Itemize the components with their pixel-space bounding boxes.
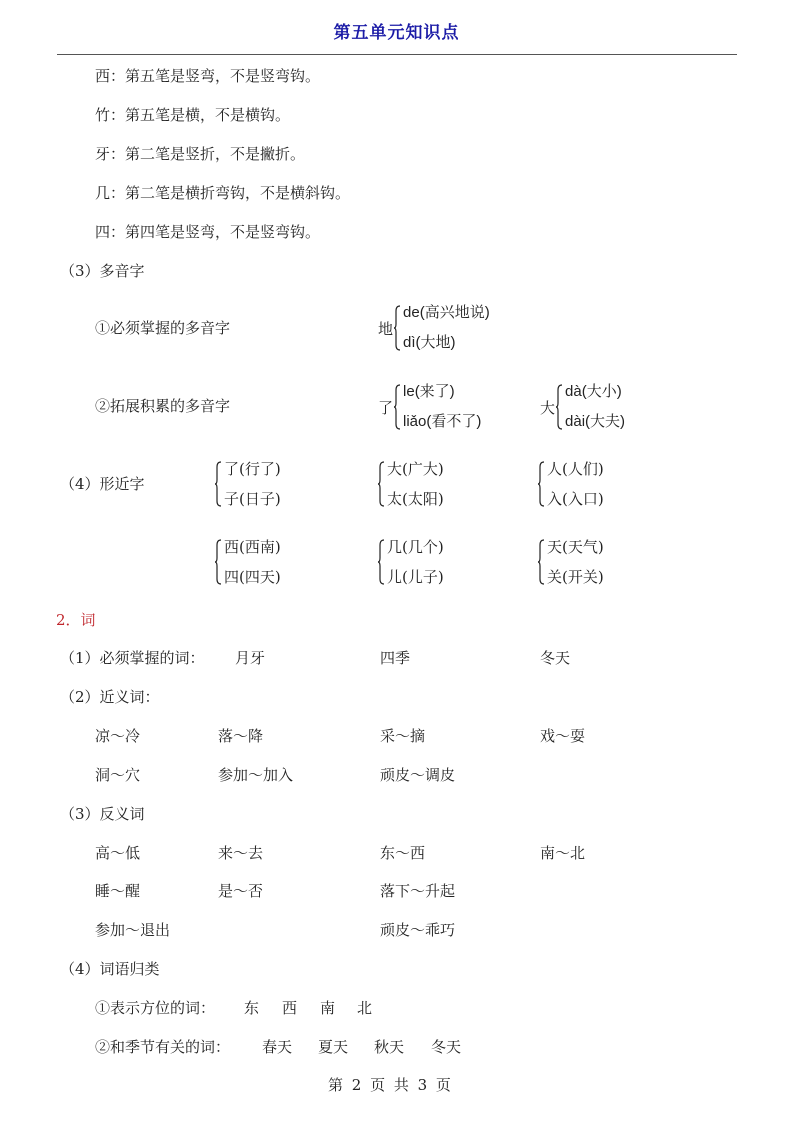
polyphonic-char: 地 (378, 318, 393, 339)
direction-words-label: ①表示方位的词： (95, 998, 215, 1018)
polyphonic-extend-label: ②拓展积累的多音字 (95, 396, 230, 416)
synonym-pair: 落～降 (218, 726, 263, 746)
antonym-pair: 参加～退出 (95, 920, 170, 940)
polyphonic-reading: dà(大小) (565, 382, 625, 402)
antonym-pair: 南～北 (540, 843, 585, 863)
polyphonic-reading: liǎo(看不了) (403, 412, 481, 432)
similar-char-group: 了(行了) 子(日子) (215, 459, 281, 509)
stroke-note: 几：第二笔是横折弯钩，不是横斜钩。 (95, 183, 350, 203)
similar-char-group: 几(几个) 儿(儿子) (378, 537, 444, 587)
synonym-pair: 戏～耍 (540, 726, 585, 746)
must-word: 四季 (380, 648, 410, 668)
polyphonic-group: 了 le(来了) liǎo(看不了) (378, 382, 481, 432)
similar-char-group: 天(天气) 关(开关) (538, 537, 604, 587)
polyphonic-group: 地 de(高兴地说) dì(大地) (378, 303, 490, 353)
similar-char: 西(西南) (224, 537, 281, 557)
stroke-note: 四：第四笔是竖弯，不是竖弯钩。 (95, 222, 320, 242)
direction-word: 南 (320, 998, 335, 1018)
similar-char: 大(广大) (387, 459, 444, 479)
similar-char: 几(几个) (387, 537, 444, 557)
classify-heading: （4）词语归类 (60, 959, 160, 979)
polyphonic-reading: de(高兴地说) (403, 303, 490, 323)
antonym-pair: 高～低 (95, 843, 140, 863)
left-brace-icon (556, 384, 563, 430)
stroke-note: 竹：第五笔是横，不是横钩。 (95, 105, 290, 125)
polyphonic-char: 了 (378, 397, 393, 418)
similar-char: 儿(儿子) (387, 567, 444, 587)
synonym-pair: 洞～穴 (95, 765, 140, 785)
season-words-label: ②和季节有关的词： (95, 1037, 230, 1057)
direction-word: 北 (357, 998, 372, 1018)
polyphonic-reading: dì(大地) (403, 333, 490, 353)
season-word: 夏天 (318, 1037, 348, 1057)
header-divider (57, 54, 737, 55)
similar-char: 四(四天) (224, 567, 281, 587)
must-word: 月牙 (235, 648, 265, 668)
antonyms-heading: （3）反义词 (60, 804, 145, 824)
left-brace-icon (378, 461, 385, 507)
antonym-pair: 睡～醒 (95, 881, 140, 901)
polyphonic-char: 大 (540, 397, 555, 418)
similar-char: 人(人们) (547, 459, 604, 479)
synonyms-heading: （2）近义词： (60, 687, 160, 707)
stroke-note: 牙：第二笔是竖折，不是撇折。 (95, 144, 305, 164)
direction-word: 西 (282, 998, 297, 1018)
polyphonic-must-label: ①必须掌握的多音字 (95, 318, 230, 338)
antonym-pair: 是～否 (218, 881, 263, 901)
similar-char: 子(日子) (224, 489, 281, 509)
left-brace-icon (215, 539, 222, 585)
direction-word: 东 (244, 998, 259, 1018)
page-number: 第 2 页 共 3 页 (328, 1074, 453, 1095)
stroke-note: 西：第五笔是竖弯，不是竖弯钩。 (95, 66, 320, 86)
synonym-pair: 凉～冷 (95, 726, 140, 746)
antonym-pair: 落下～升起 (380, 881, 455, 901)
synonym-pair: 顽皮～调皮 (380, 765, 455, 785)
similar-char: 入(入口) (547, 489, 604, 509)
season-word: 冬天 (431, 1037, 461, 1057)
left-brace-icon (538, 461, 545, 507)
synonym-pair: 参加～加入 (218, 765, 293, 785)
similar-char: 太(太阳) (387, 489, 444, 509)
similar-char: 了(行了) (224, 459, 281, 479)
antonym-pair: 东～西 (380, 843, 425, 863)
polyphonic-heading: （3）多音字 (60, 261, 145, 281)
antonym-pair: 顽皮～乖巧 (380, 920, 455, 940)
similar-char-group: 人(人们) 入(入口) (538, 459, 604, 509)
similar-char: 天(天气) (547, 537, 604, 557)
season-word: 秋天 (374, 1037, 404, 1057)
synonym-pair: 采～摘 (380, 726, 425, 746)
polyphonic-reading: dài(大夫) (565, 412, 625, 432)
similar-char-group: 西(西南) 四(四天) (215, 537, 281, 587)
must-word: 冬天 (540, 648, 570, 668)
words-section-heading: 2．词 (56, 609, 96, 630)
similar-char-group: 大(广大) 太(太阳) (378, 459, 444, 509)
similar-char: 关(开关) (547, 567, 604, 587)
left-brace-icon (215, 461, 222, 507)
left-brace-icon (538, 539, 545, 585)
polyphonic-group: 大 dà(大小) dài(大夫) (540, 382, 625, 432)
season-word: 春天 (262, 1037, 292, 1057)
left-brace-icon (378, 539, 385, 585)
left-brace-icon (394, 305, 401, 351)
antonym-pair: 来～去 (218, 843, 263, 863)
polyphonic-reading: le(来了) (403, 382, 481, 402)
similar-chars-heading: （4）形近字 (60, 474, 145, 494)
page-title: 第五单元知识点 (0, 18, 793, 43)
left-brace-icon (394, 384, 401, 430)
must-words-label: （1）必须掌握的词： (60, 648, 205, 668)
